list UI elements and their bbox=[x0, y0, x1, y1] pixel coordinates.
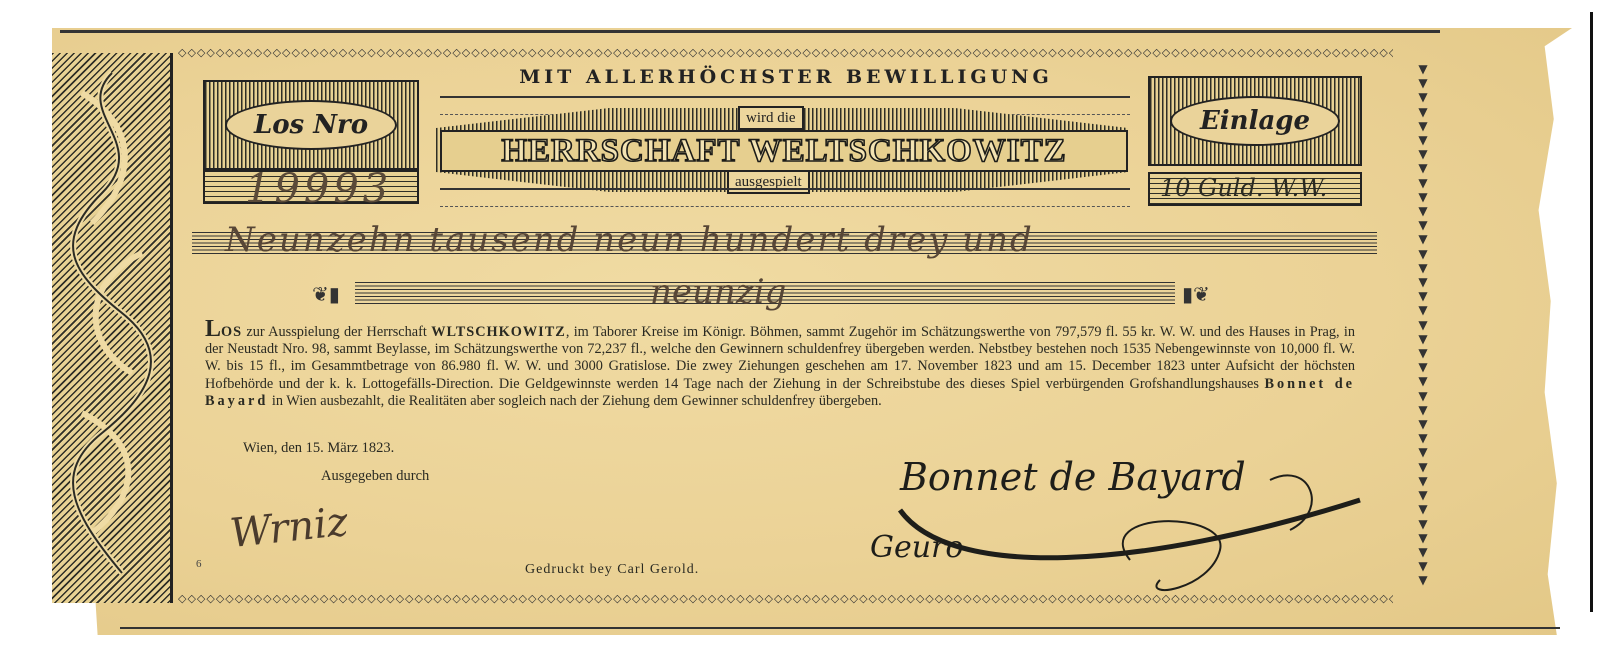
right-palmette-icon: ▮❦ bbox=[1182, 282, 1210, 306]
pre-title-label: wird die bbox=[738, 106, 804, 130]
issued-by-label: Ausgegeben durch bbox=[321, 468, 429, 485]
bank-signature: Bonnet de Bayard bbox=[900, 455, 1246, 499]
scan-frame-line bbox=[1590, 12, 1593, 612]
ticket-number-strip: 19993 bbox=[203, 170, 419, 204]
lower-vine-ornament bbox=[440, 188, 1130, 207]
ticket-number-value: 19993 bbox=[245, 166, 392, 212]
bank-cosignature: Geuro bbox=[870, 530, 963, 565]
ticket-number-cartouche: Los Nro bbox=[203, 80, 419, 170]
terms-paragraph: LOS zur Ausspielung der Herrschaft WLTSC… bbox=[205, 322, 1355, 410]
left-palmette-icon: ❦▮ bbox=[312, 282, 340, 306]
right-chain-border: ▼▼▼▼▼▼▼▼▼▼▼▼▼▼▼▼▼▼▼▼▼▼▼▼▼▼▼▼▼▼▼▼▼▼▼▼▼ bbox=[1416, 62, 1430, 592]
place-date: Wien, den 15. März 1823. bbox=[243, 440, 394, 457]
authorization-line: MIT ALLERHÖCHSTER BEWILLIGUNG bbox=[436, 66, 1136, 88]
top-chain-border: ◇◇◇◇◇◇◇◇◇◇◇◇◇◇◇◇◇◇◇◇◇◇◇◇◇◇◇◇◇◇◇◇◇◇◇◇◇◇◇◇… bbox=[178, 47, 1393, 59]
stake-label: Einlage bbox=[1170, 96, 1340, 146]
small-mark: 6 bbox=[196, 558, 202, 570]
bottom-rule bbox=[120, 627, 1560, 629]
amount-in-words-line-2: neunzig bbox=[650, 272, 786, 312]
left-ornament-strip bbox=[52, 53, 173, 603]
scroll-ornament-icon bbox=[52, 53, 170, 603]
printer-credit: Gedruckt bey Carl Gerold. bbox=[525, 562, 699, 578]
top-rule bbox=[60, 30, 1440, 33]
stake-value: 10 Guld. W.W. bbox=[1160, 174, 1327, 202]
amount-in-words-line-1: Neunzehn tausend neun hundert drey und bbox=[225, 220, 1034, 260]
stake-cartouche: Einlage bbox=[1148, 76, 1362, 166]
stake-strip: 10 Guld. W.W. bbox=[1148, 172, 1362, 206]
estate-title: HERRSCHAFT WELTSCHKOWITZ bbox=[440, 130, 1128, 172]
ticket-number-label: Los Nro bbox=[225, 100, 397, 150]
estate-name-inline: WLTSCHKOWITZ bbox=[431, 324, 566, 340]
dropcap: L bbox=[205, 316, 221, 342]
